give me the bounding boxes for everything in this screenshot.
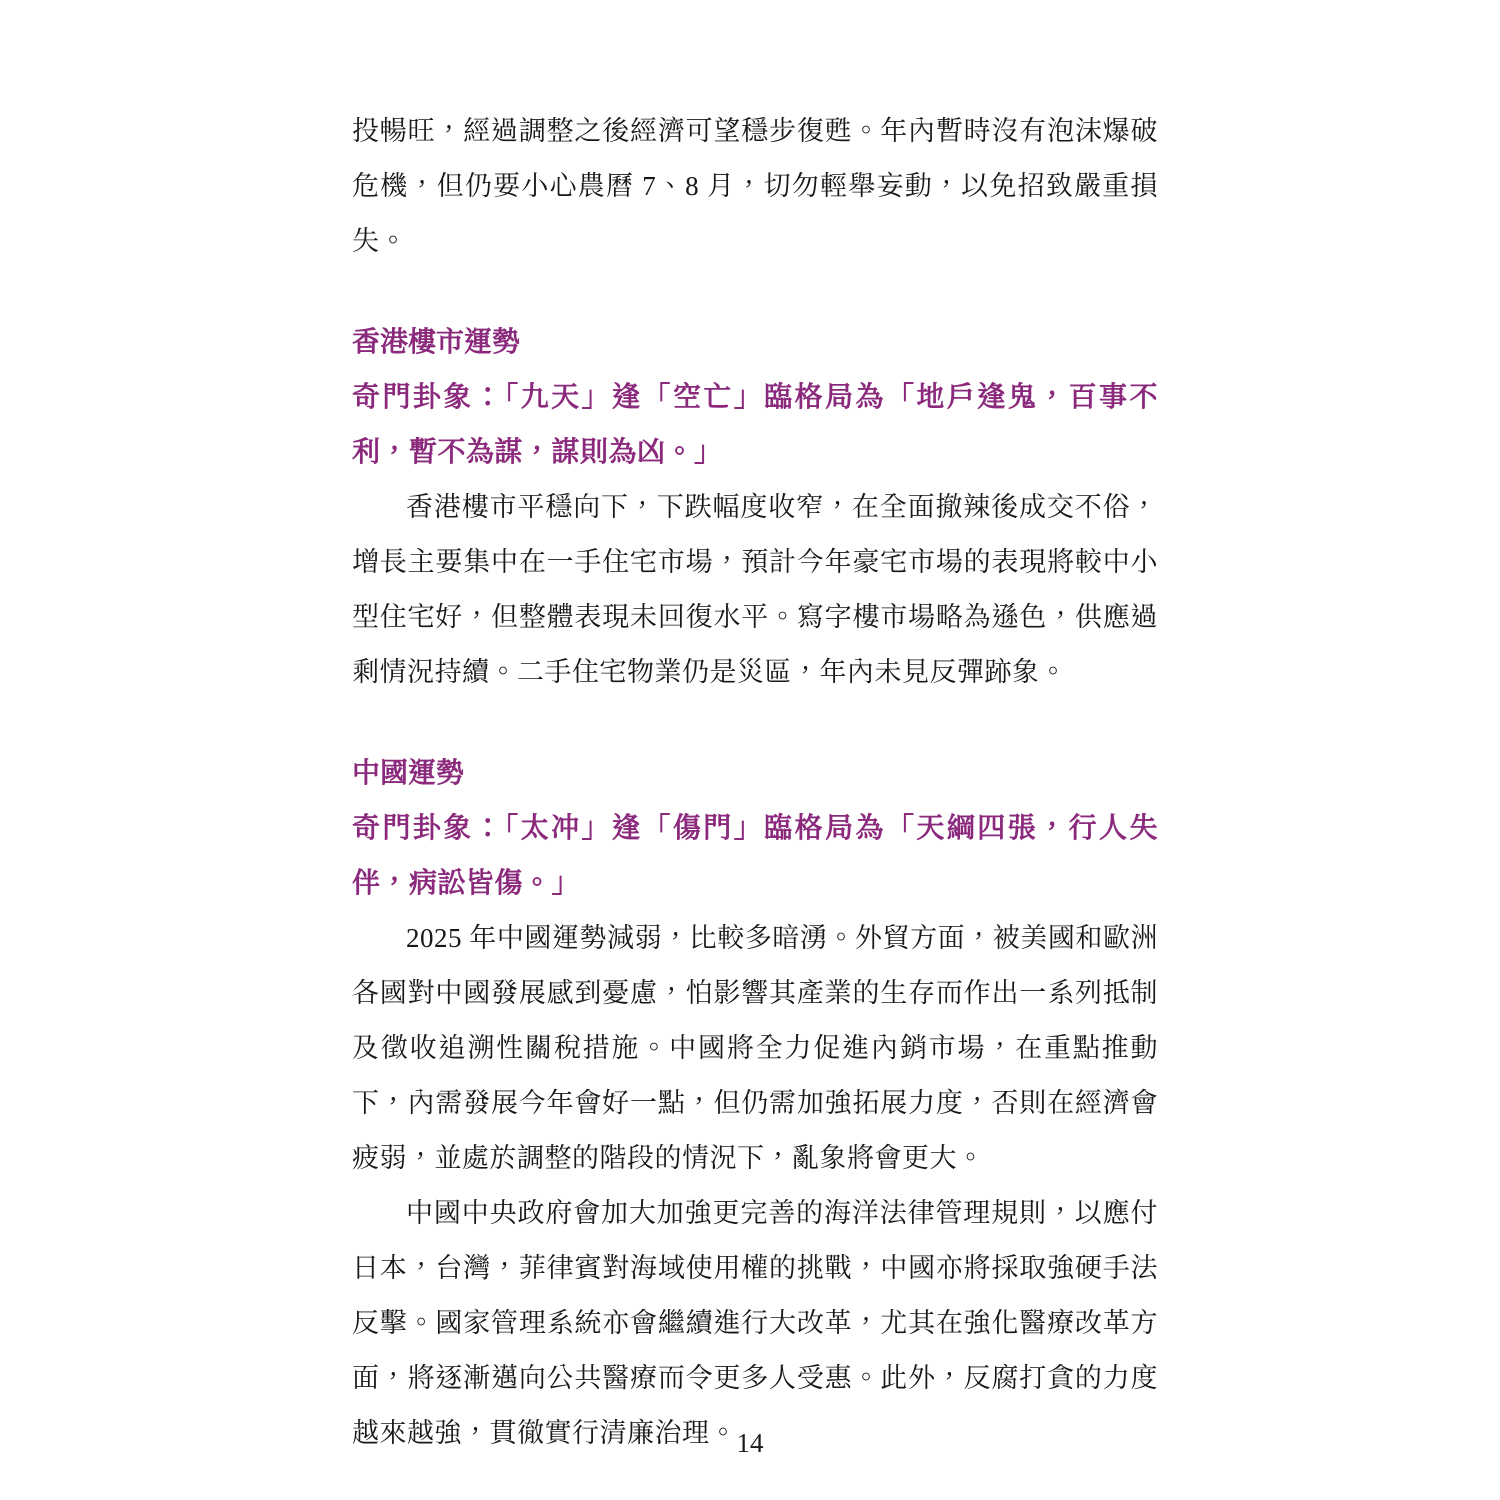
paragraph-china-policy: 中國中央政府會加大加強更完善的海洋法律管理規則，以應付日本，台灣，菲律賓對海域使… bbox=[352, 1186, 1158, 1461]
section-heading-china-fortune: 中國運勢 bbox=[352, 746, 1158, 801]
intro-paragraph: 投暢旺，經過調整之後經濟可望穩步復甦。年內暫時沒有泡沫爆破危機，但仍要小心農曆 … bbox=[352, 104, 1158, 269]
divination-text-hk-property: 奇門卦象：「九天」逢「空亡」臨格局為「地户逢鬼，百事不利，暫不為謀，謀則為凶。」 bbox=[352, 370, 1158, 480]
page-number: 14 bbox=[0, 1428, 1500, 1459]
divination-text-china: 奇門卦象：「太冲」逢「傷門」臨格局為「天綱四張，行人失伴，病訟皆傷。」 bbox=[352, 801, 1158, 911]
paragraph-hk-property: 香港樓市平穩向下，下跌幅度收窄，在全面撤辣後成交不俗，增長主要集中在一手住宅市場… bbox=[352, 480, 1158, 700]
book-page: 投暢旺，經過調整之後經濟可望穩步復甦。年內暫時沒有泡沫爆破危機，但仍要小心農曆 … bbox=[0, 0, 1500, 1500]
paragraph-china-economy: 2025 年中國運勢減弱，比較多暗湧。外貿方面，被美國和歐洲各國對中國發展感到憂… bbox=[352, 911, 1158, 1186]
text-column: 投暢旺，經過調整之後經濟可望穩步復甦。年內暫時沒有泡沫爆破危機，但仍要小心農曆 … bbox=[352, 104, 1158, 1461]
section-heading-hk-property-market: 香港樓市運勢 bbox=[352, 315, 1158, 370]
